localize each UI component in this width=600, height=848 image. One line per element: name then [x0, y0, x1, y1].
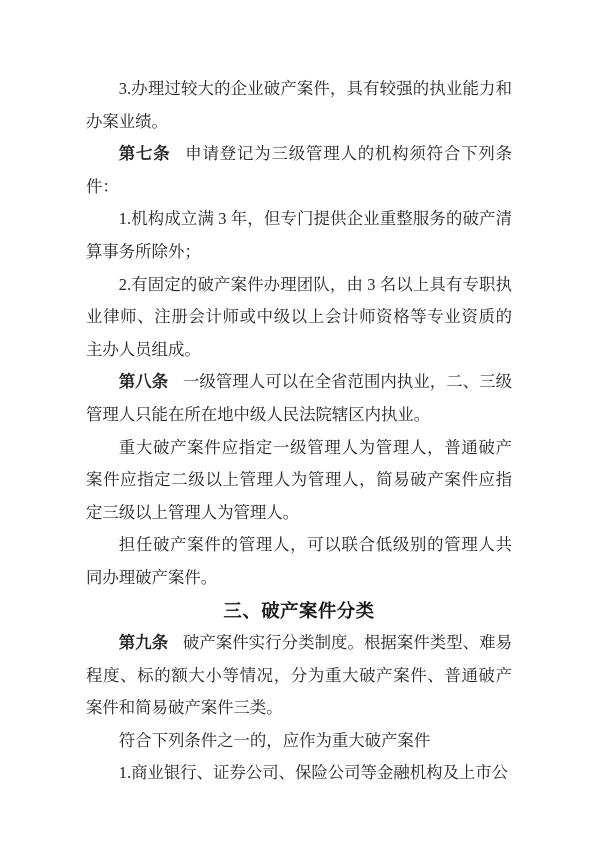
paragraph: 3.办理过较大的企业破产案件，具有较强的执业能力和办案业绩。	[86, 73, 512, 138]
paragraph: 第八条一级管理人可以在全省范围内执业，二、三级管理人只能在所在地中级人民法院辖区…	[86, 366, 512, 431]
article-number: 第九条	[119, 633, 168, 652]
paragraph: 1.商业银行、证券公司、保险公司等金融机构及上市公	[86, 757, 512, 790]
article-number: 第八条	[119, 372, 168, 391]
paragraph: 符合下列条件之一的，应作为重大破产案件	[86, 725, 512, 758]
article-number: 第七条	[119, 144, 171, 163]
paragraph: 担任破产案件的管理人，可以联合低级别的管理人共同办理破产案件。	[86, 529, 512, 594]
section-heading: 三、破产案件分类	[86, 595, 512, 628]
paragraph: 2.有固定的破产案件办理团队，由 3 名以上具有专职执业律师、注册会计师或中级以…	[86, 269, 512, 367]
document-page: 3.办理过较大的企业破产案件，具有较强的执业能力和办案业绩。第七条申请登记为三级…	[0, 0, 600, 848]
document-content: 3.办理过较大的企业破产案件，具有较强的执业能力和办案业绩。第七条申请登记为三级…	[86, 73, 512, 790]
paragraph: 第七条申请登记为三级管理人的机构须符合下列条件：	[86, 138, 512, 203]
paragraph: 1.机构成立满 3 年，但专门提供企业重整服务的破产清算事务所除外；	[86, 203, 512, 268]
paragraph: 重大破产案件应指定一级管理人为管理人，普通破产案件应指定二级以上管理人为管理人，…	[86, 432, 512, 530]
paragraph: 第九条破产案件实行分类制度。根据案件类型、难易程度、标的额大小等情况，分为重大破…	[86, 627, 512, 725]
